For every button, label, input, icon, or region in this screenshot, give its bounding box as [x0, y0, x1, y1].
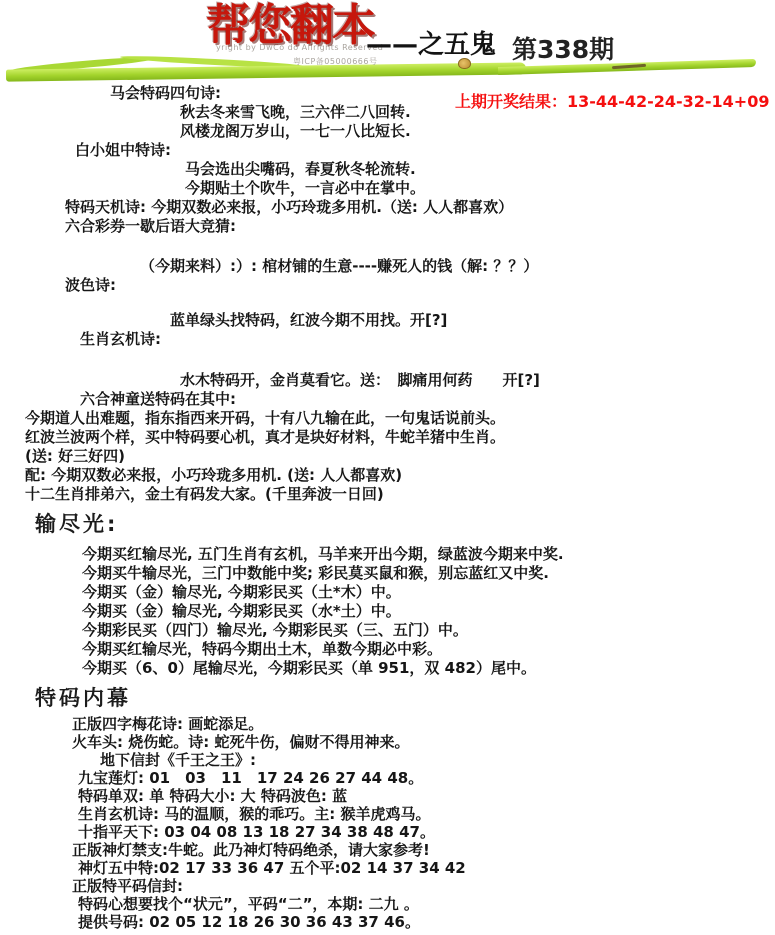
neimu-line: 神灯五中特:02 17 33 36 47 五个平:02 14 37 34 42 [78, 859, 775, 877]
tianji-poem-line: 特码天机诗: 今期双数必来报，小巧玲珑多用机.（送: 人人都喜欢） [65, 198, 775, 217]
baixiaojie-label: 白小姐中特诗: [75, 141, 775, 160]
icp-watermark: 粤ICP备05000666号 [293, 56, 378, 67]
shujinguang-line: 今期买（6、0）尾输尽光，今期彩民买（单 951，双 482）尾中。 [82, 659, 775, 678]
neimu-line: 十指平天下: 03 04 08 13 18 27 34 38 48 47。 [78, 823, 775, 841]
shujinguang-line: 今期买（金）输尽光, 今期彩民买（土*木）中。 [82, 583, 775, 602]
grass-swoosh-decoration [0, 58, 775, 82]
neimu-line: 九宝莲灯: 01 03 11 17 24 26 27 44 48。 [78, 769, 775, 787]
bose-line: 蓝单绿头找特码，红波今期不用找。开[?] [170, 311, 775, 330]
shentong-line: 今期道人出难题，指东指西来开码，十有八九输在此，一句鬼话说前头。 [25, 409, 775, 428]
xiehouyu-label: 六合彩券一歇后语大竞猜: [65, 217, 775, 236]
shujinguang-line: 今期买牛输尽光，三门中数能中奖; 彩民莫买鼠和猴，别忘蓝红又中奖. [82, 564, 775, 583]
neimu-line: 正版神灯禁支:牛蛇。此乃神灯特码绝杀，请大家参考! [72, 841, 775, 859]
neimu-line: 正版特平码信封: [72, 877, 775, 895]
last-draw-result: 上期开奖结果：13-44-42-24-32-14+09 [455, 92, 769, 112]
shentong-line: 红波兰波两个样，买中特码要心机，真才是块好材料，牛蛇羊猪中生肖。 [25, 428, 775, 447]
neimu-line: 火车头: 烧伤蛇。诗: 蛇死牛伤，偏财不得用神来。 [72, 733, 775, 751]
neimu-line: 正版四字梅花诗: 画蛇添足。 [72, 715, 775, 733]
mahui-poem-line: 风楼龙阁万岁山，一七一八比短长. [180, 122, 775, 141]
shujinguang-line: 今期买（金）输尽光, 今期彩民买（水*土）中。 [82, 602, 775, 621]
shujinguang-line: 今期买红输尽光，特码今期出土木，单数今期必中彩。 [82, 640, 775, 659]
shengxiao-label: 生肖玄机诗: [80, 330, 775, 349]
page-title: 帮您翻本 [206, 0, 374, 52]
shengxiao-line: 水木特码开，金肖莫看它。送： 脚痛用何药 开[?] [180, 371, 775, 390]
shujinguang-line: 今期买红输尽光, 五门生肖有玄机，马羊来开出今期，绿蓝波今期来中奖. [82, 545, 775, 564]
neimu-line: 提供号码: 02 05 12 18 26 30 36 43 37 46。 [78, 913, 775, 931]
shentong-line: 配: 今期双数必来报，小巧玲珑多用机. (送: 人人都喜欢) [25, 466, 775, 485]
shentong-line: (送: 好三好四) [25, 447, 775, 466]
shujinguang-heading: 输尽光: [35, 510, 775, 538]
neimu-line: 地下信封《千王之王》: [100, 751, 775, 769]
issue-number: 第338期 [512, 30, 614, 66]
shujinguang-line: 今期彩民买（四门）输尽光, 今期彩民买（三、五门）中。 [82, 621, 775, 640]
baixiaojie-line: 今期贴土个吹牛，一言必中在掌中。 [185, 179, 775, 198]
page-subtitle: ——之五鬼 [366, 24, 496, 61]
content: 马会特码四句诗: 秋去冬来雪飞晚，三六伴二八回转. 风楼龙阁万岁山，一七一八比短… [0, 84, 775, 931]
shentong-line: 十二生肖排弟六，金土有码发大家。(千里奔波一日回) [25, 485, 775, 504]
header: yright by DwCo do Allrights Reserved 粤IC… [0, 0, 775, 84]
neimu-line: 特码心想要找个“状元”，平码“二”，本期: 二九 。 [78, 895, 775, 913]
neimu-heading: 特码内幕 [35, 684, 775, 712]
baixiaojie-line: 马会选出尖嘴码，春夏秋冬轮流转. [185, 160, 775, 179]
shentong-label: 六合神童送特码在其中: [80, 390, 775, 409]
neimu-line: 生肖玄机诗: 马的温顺，猴的乖巧。主: 猴羊虎鸡马。 [78, 805, 775, 823]
neimu-line: 特码单双: 单 特码大小: 大 特码波色: 蓝 [78, 787, 775, 805]
xiehouyu-line: （今期来料）:）: 棺材铺的生意----赚死人的钱（解: ？？） [140, 257, 775, 276]
tip-sheet-page: yright by DwCo do Allrights Reserved 粤IC… [0, 0, 775, 935]
bose-label: 波色诗: [65, 276, 775, 295]
